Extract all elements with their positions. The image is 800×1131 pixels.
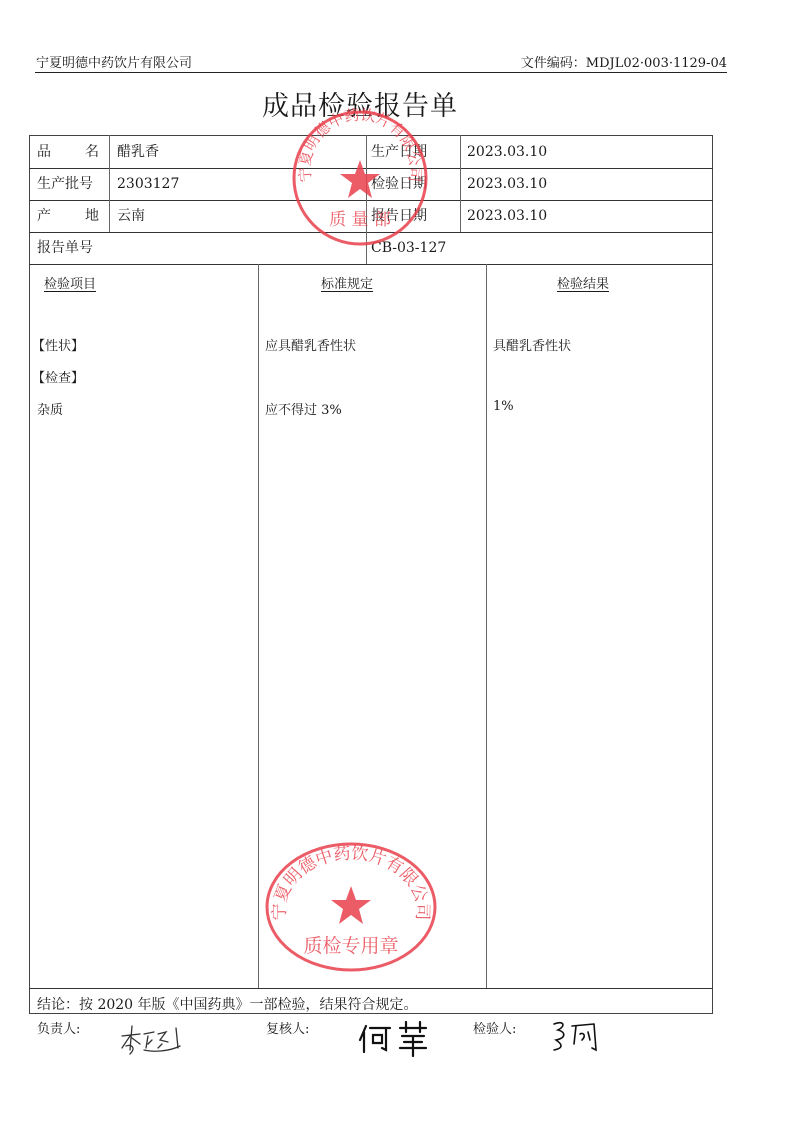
document-code: 文件编码：MDJL02·003·1129-04 bbox=[521, 52, 727, 71]
report-date-label: 报告日期 bbox=[371, 209, 427, 223]
label-char: 名 bbox=[85, 145, 99, 159]
col-divider bbox=[460, 135, 461, 232]
report-no-label: 报告单号 bbox=[37, 241, 93, 255]
company-name: 宁夏明德中药饮片有限公司 bbox=[36, 52, 192, 71]
inspection-date-label: 检验日期 bbox=[371, 177, 427, 191]
test-result: 具醋乳香性状 bbox=[493, 335, 571, 354]
production-date-value: 2023.03.10 bbox=[467, 145, 547, 159]
test-item: 【检查】 bbox=[32, 367, 84, 386]
test-standard: 应具醋乳香性状 bbox=[265, 335, 356, 354]
label-char: 品 bbox=[37, 145, 51, 159]
label-char: 产 bbox=[37, 209, 51, 223]
row-divider bbox=[29, 232, 713, 233]
header-standard: 标准规定 bbox=[321, 273, 373, 292]
col-divider bbox=[366, 135, 367, 264]
row-divider bbox=[29, 264, 713, 265]
col-divider bbox=[258, 264, 259, 988]
conclusion-text: 结论：按 2020 年版《中国药典》一部检验，结果符合规定。 bbox=[37, 994, 418, 1014]
product-name-label: 品 名 bbox=[37, 145, 99, 159]
label-char: 地 bbox=[85, 209, 99, 223]
responsible-signature bbox=[118, 1014, 188, 1058]
test-item: 杂质 bbox=[37, 399, 63, 418]
test-result: 1% bbox=[493, 399, 514, 414]
inspection-date-value: 2023.03.10 bbox=[467, 177, 547, 191]
reviewer-label: 复核人: bbox=[266, 1018, 309, 1037]
report-no-value: CB-03-127 bbox=[371, 241, 446, 255]
header-divider bbox=[35, 72, 727, 73]
row-divider bbox=[29, 988, 713, 989]
origin-value: 云南 bbox=[117, 209, 145, 223]
test-standard: 应不得过 3% bbox=[265, 399, 342, 418]
responsible-label: 负责人: bbox=[37, 1018, 80, 1037]
product-name-value: 醋乳香 bbox=[117, 145, 159, 159]
col-divider bbox=[486, 264, 487, 988]
batch-label: 生产批号 bbox=[37, 177, 93, 191]
inspector-label: 检验人: bbox=[473, 1018, 516, 1037]
row-divider bbox=[29, 168, 713, 169]
report-table bbox=[29, 135, 713, 1014]
row-divider bbox=[29, 200, 713, 201]
reviewer-signature bbox=[356, 1014, 436, 1058]
col-divider bbox=[109, 135, 110, 232]
page-title: 成品检验报告单 bbox=[0, 84, 720, 123]
origin-label: 产 地 bbox=[37, 209, 99, 223]
report-date-value: 2023.03.10 bbox=[467, 209, 547, 223]
test-item: 【性状】 bbox=[32, 335, 84, 354]
header-result: 检验结果 bbox=[557, 273, 609, 292]
production-date-label: 生产日期 bbox=[371, 145, 427, 159]
header-test-item: 检验项目 bbox=[44, 273, 96, 292]
inspector-signature bbox=[550, 1014, 614, 1058]
batch-value: 2303127 bbox=[117, 177, 179, 191]
